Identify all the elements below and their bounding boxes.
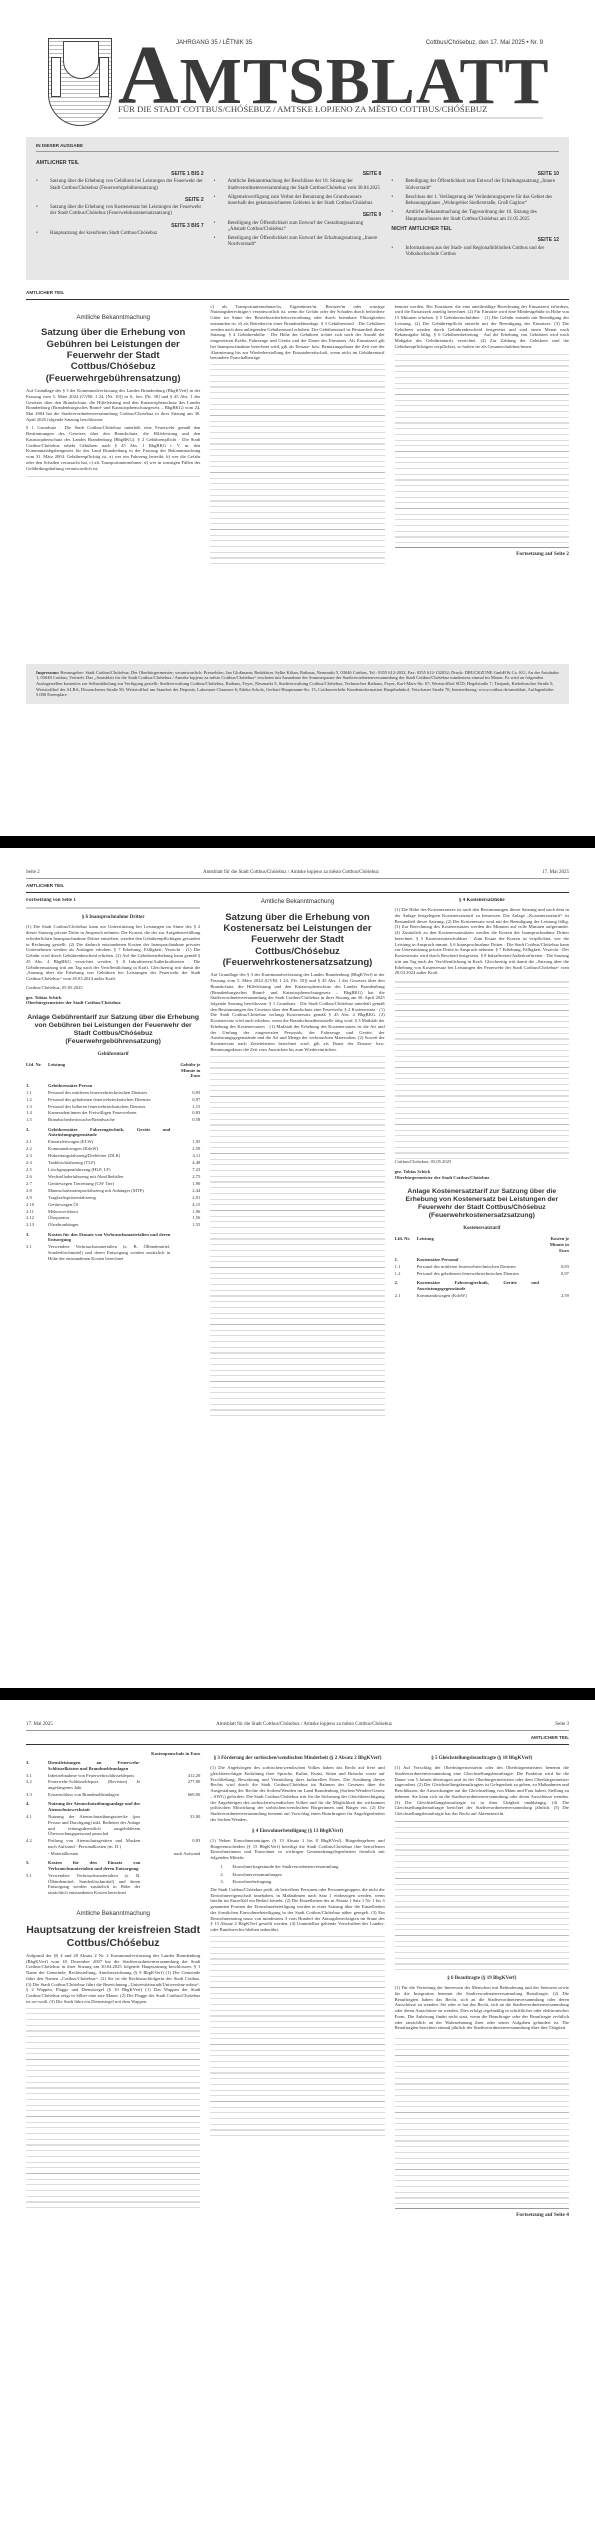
toc-link[interactable]: •Informationen aus der Stadt- und Region…	[391, 246, 559, 259]
table-row: 2.1Kommandowagen (KdoW)2,59	[395, 1292, 569, 1299]
city-crest-icon	[48, 38, 112, 126]
table-row: 2.6Wechselladerfahrzeug mit Abrollbehält…	[26, 1173, 200, 1180]
publication-subtitle: FÜR DIE STADT COTTBUS/CHÓŚEBUZ / AMTSKE …	[118, 104, 487, 115]
table-row: 2.4Tanklöschfahrzeug (TLF)4,48	[26, 1160, 200, 1167]
table-row: 3.3Erstanschluss von Brandmeldeanlagen66…	[26, 1792, 200, 1799]
table-row: 2.2Kommandowagen (KdoW)2,59	[26, 1146, 200, 1153]
table-row: 5.Kosten für den Einsatz von Verbrauchsm…	[26, 1857, 200, 1872]
article-title: Hauptsatzung der kreisfreien Stadt Cottb…	[26, 1924, 200, 1949]
article-column-1: Amtliche Bekanntmachung Satzung über die…	[26, 304, 200, 656]
table-of-contents: IN DIESER AUSGABE AMTLICHER TEIL SEITE 1…	[26, 137, 569, 280]
table-row: 5.1Verwendete Verbrauchsmaterialien (z. …	[26, 1872, 200, 1896]
toc-link[interactable]: •Amtliche Bekanntmachung der Tagesordnun…	[391, 210, 559, 223]
table-row: 4.Nutzung der Atemschutzübungsanlage und…	[26, 1798, 200, 1813]
article-column-2: § 3 Förderung der sorbischen/wendischen …	[210, 1750, 384, 2520]
table-row: 2.7Gerätewagen Tierrettung (GW Tier)1,90	[26, 1180, 200, 1187]
article-column-1: Fortsetzung von Seite 1 § 6 Inanspruchna…	[26, 898, 200, 1668]
announcement-label: Amtliche Bekanntmachung	[210, 898, 384, 906]
signature: gez. Tobias SchickOberbürgermeister der …	[26, 995, 200, 1006]
table-row: 1.Gebührensätze Person	[26, 1080, 200, 1089]
table-row: 4.2Prüfung von Atemschutzgeräten und Mas…	[26, 1838, 200, 1851]
annex-title: Anlage Gebührentarif zur Satzung über di…	[26, 1014, 200, 1046]
table-row: 3.1Inbetriebnahme von Feuerwehrschlüssel…	[26, 1772, 200, 1779]
table-row: - Materialkostennach Aufwand	[26, 1850, 200, 1857]
toc-link[interactable]: •Amtliche Bekanntmachung der Beschlüsse …	[214, 179, 382, 192]
toc-link[interactable]: •Hauptsatzung der kreisfreien Stadt Cott…	[36, 231, 204, 237]
section-label: AMTLICHER TEIL	[26, 879, 569, 893]
impressum: Impressum: Herausgeber: Stadt Cottbus/Ch…	[26, 664, 569, 704]
toc-link[interactable]: •Beschluss der 1. Verlängerung der Verän…	[391, 195, 559, 208]
table-row: 2.9Tragkraftspritzenfahrzeug2,91	[26, 1194, 200, 1201]
toc-link[interactable]: •Beteiligung der Öffentlichkeit zum Entw…	[391, 179, 559, 192]
article-column-2: Amtliche Bekanntmachung Satzung über die…	[210, 898, 384, 1668]
section-label: AMTLICHER TEIL	[26, 280, 569, 300]
table-row: 2.Gebührensätze Fahrzeugtechnik, Geräte …	[26, 1124, 200, 1139]
article-title: Satzung über die Erhebung von Gebühren b…	[26, 327, 200, 384]
table-row: 2.Kostensätze Fahrzeugtechnik, Geräte un…	[395, 1277, 569, 1292]
table-row: 2.12Ölseparator1,56	[26, 1215, 200, 1222]
toc-link[interactable]: •Satzung über die Erhebung von Kosteners…	[36, 205, 204, 218]
table-row: 1.1Personal des mittleren feuerwehrtechn…	[26, 1089, 200, 1096]
table-row: 2.8Mannschaftstransportfahrzeug mit Anhä…	[26, 1187, 200, 1194]
table-row: 3.1Verwendete Verbrauchsmaterialien (z. …	[26, 1244, 200, 1262]
page-separator	[0, 836, 595, 848]
toc-heading: IN DIESER AUSGABE	[36, 143, 559, 152]
fee-table: Lfd. Nr.LeistungGebühr je Minute in Euro…	[26, 1061, 200, 1262]
table-row: 1.Kostensätze Personal	[395, 1254, 569, 1263]
annex-title: Anlage Kostenersatztarif zur Satzung übe…	[395, 1188, 569, 1220]
page-separator	[0, 1688, 595, 1700]
table-row: 1.5Brandsicherheitswache/Brandwache0,58	[26, 1117, 200, 1124]
article-column-3: benutzt werden. Bei Einsätzen, die eine …	[395, 304, 569, 656]
signature: gez. Tobias SchickOberbürgermeister der …	[395, 1169, 569, 1180]
continuation-note: Fortsetzung auf Seite 2	[395, 547, 569, 558]
table-row: 3.Dienstleistungen an Feuerwehr-Schlüsse…	[26, 1757, 200, 1772]
toc-column-1: SEITE 1 BIS 2 •Satzung über die Erhebung…	[36, 166, 204, 261]
page-1: JAHRGANG 35 / LĚTNIK 35 Cottbus/Chóśebuz…	[0, 0, 595, 836]
page-2: Seite 2 Amtsblatt für die Stadt Cottbus/…	[0, 848, 595, 1688]
table-row: 3.Kosten für den Einsatz von Verbrauchsm…	[26, 1229, 200, 1244]
toc-link[interactable]: •Allgemeinverfügung zum Verbot der Benut…	[214, 195, 382, 208]
announcement-label: Amtliche Bekanntmachung	[26, 1910, 200, 1918]
page-3: 17. Mai 2025 Amtsblatt für die Stadt Cot…	[0, 1700, 595, 2548]
table-row: 2.1Einsatzleitwagen (ELW)1,95	[26, 1139, 200, 1146]
table-row: 2.3Hubrettungsfahrzeug/Drehleiter (DLK)4…	[26, 1153, 200, 1160]
announcement-label: Amtliche Bekanntmachung	[26, 314, 200, 322]
article-column-2: c) als Transportunternehmer/in, Eigentüm…	[210, 304, 384, 656]
toc-link[interactable]: •Beteiligung der Öffentlichkeit zum Entw…	[214, 236, 382, 249]
table-row: 2.5Löschgruppenfahrzeug (HLF, LF)7,23	[26, 1166, 200, 1173]
toc-column-2: SEITE 8 •Amtliche Bekanntmachung der Bes…	[214, 166, 382, 261]
cost-table: Lfd. Nr.LeistungKosten je Minute in Euro…	[395, 1236, 569, 1300]
table-row: 2.11Mehrzweckboot1,96	[26, 1208, 200, 1215]
article-column-3: § 5 Gleichstellungsbeauftragte (§ 18 Bbg…	[395, 1750, 569, 2520]
article-column-1: Kostenpauschale in Euro 3.Dienstleistung…	[26, 1750, 200, 2520]
table-row: 2.10Gerätewagen Öl4,15	[26, 1201, 200, 1208]
table-row: 1.3Personal des höheren feuerwehrtechnis…	[26, 1103, 200, 1110]
toc-link[interactable]: •Satzung über die Erhebung von Gebühren …	[36, 179, 204, 192]
table-row: 4.1Nutzung der Atemschutzübungsstrecke (…	[26, 1814, 200, 1838]
toc-link[interactable]: •Beteiligung der Öffentlichkeit zum Entw…	[214, 221, 382, 234]
table-row: 1.4Kameraden/innen der Freiwilligen Feue…	[26, 1110, 200, 1117]
article-column-3: § 4 Kostenersatzhöhe (1) Die Höhe des Ko…	[395, 898, 569, 1668]
divider	[118, 117, 543, 119]
table-row: 1.2Personal des gehobenen feuerwehrtechn…	[395, 1270, 569, 1277]
table-row: 2.13Ölwehranhänger1,55	[26, 1222, 200, 1229]
table-row: 1.1Personal des mittleren feuerwehrtechn…	[395, 1263, 569, 1270]
continuation-note: Fortsetzung auf Seite 4	[395, 2208, 569, 2219]
article-title: Satzung über die Erhebung von Kostenersa…	[210, 912, 384, 969]
running-header: Seite 2 Amtsblatt für die Stadt Cottbus/…	[26, 848, 569, 879]
running-header: 17. Mai 2025 Amtsblatt für die Stadt Cot…	[26, 1700, 569, 1731]
masthead: JAHRGANG 35 / LĚTNIK 35 Cottbus/Chóśebuz…	[26, 0, 569, 125]
cost-table-continued: Kostenpauschale in Euro 3.Dienstleistung…	[26, 1750, 200, 1896]
section-label: AMTLICHER TEIL	[26, 1731, 569, 1745]
table-row: 1.2Personal des gehobenen feuerwehrtechn…	[26, 1096, 200, 1103]
toc-column-3: SEITE 10 •Beteiligung der Öffentlichkeit…	[391, 166, 559, 261]
table-row: 3.2Feuerwehr-Schlüsseldepots (Revision) …	[26, 1779, 200, 1792]
